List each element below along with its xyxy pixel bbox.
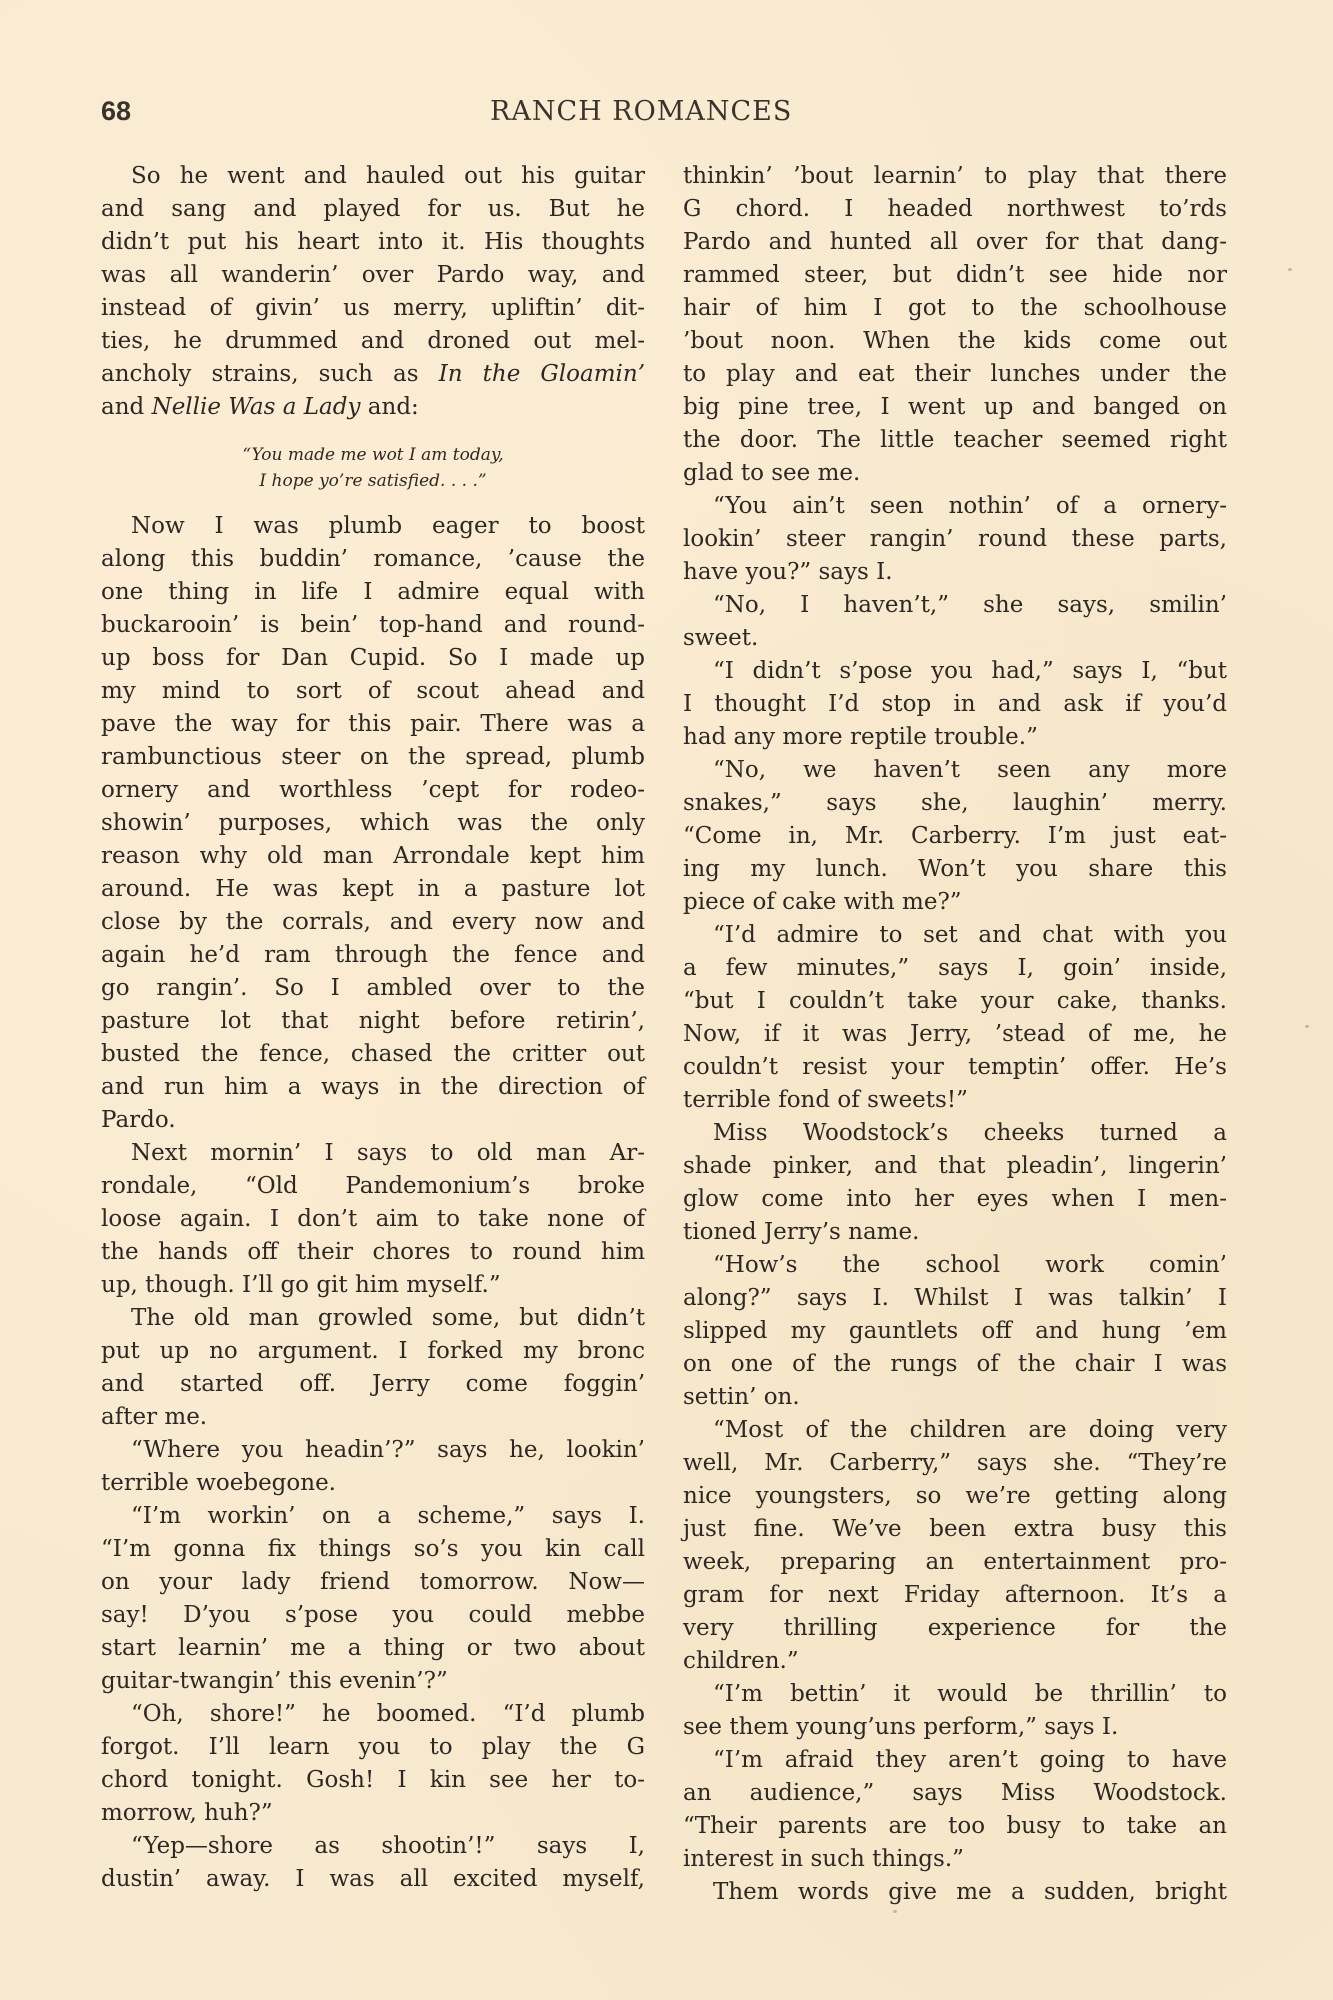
text-line: and sang and played for us. But he: [101, 193, 645, 226]
text-line: hair of him I got to the schoolhouse: [683, 292, 1227, 325]
text-line: ornery and worthless ’cept for rodeo-: [101, 774, 645, 807]
text-line: up boss for Dan Cupid. So I made up: [101, 642, 645, 675]
text-line: Them words give me a sudden, bright: [683, 1876, 1227, 1909]
text-line: just fine. We’ve been extra busy this: [683, 1513, 1227, 1546]
text-line: tioned Jerry’s name.: [683, 1216, 1227, 1249]
text-line: again he’d ram through the fence and: [101, 939, 645, 972]
song-title: In the Gloamin’: [439, 361, 645, 387]
text-line: morrow, huh?”: [101, 1797, 645, 1830]
text-line: “I’m gonna fix things so’s you kin call: [101, 1533, 645, 1566]
text-line: “Their parents are too busy to take an: [683, 1810, 1227, 1843]
text-line: slipped my gauntlets off and hung ’em: [683, 1315, 1227, 1348]
text-line: pave the way for this pair. There was a: [101, 708, 645, 741]
text-line: “but I couldn’t take your cake, thanks.: [683, 985, 1227, 1018]
text-line: “I’m workin’ on a scheme,” says I.: [101, 1500, 645, 1533]
text-line: thinkin’ ’bout learnin’ to play that the…: [683, 160, 1227, 193]
text-line: “Oh, shore!” he boomed. “I’d plumb: [101, 1698, 645, 1731]
text-line: Now I was plumb eager to boost: [101, 510, 645, 543]
text-line: “Yep—shore as shootin’!” says I,: [101, 1830, 645, 1863]
text-line: “How’s the school work comin’: [683, 1249, 1227, 1282]
text-line: “Come in, Mr. Carberry. I’m just eat-: [683, 820, 1227, 853]
text-line: terrible woebegone.: [101, 1467, 645, 1500]
text-line: “I’d admire to set and chat with you: [683, 919, 1227, 952]
text-line: settin’ on.: [683, 1381, 1227, 1414]
text-line: ’bout noon. When the kids come out: [683, 325, 1227, 358]
left-column: So he went and hauled out his guitarand …: [101, 160, 645, 1896]
text-line: put up no argument. I forked my bronc: [101, 1335, 645, 1368]
text-line: “You ain’t seen nothin’ of a ornery-: [683, 490, 1227, 523]
text-line: to play and eat their lunches under the: [683, 358, 1227, 391]
text-line: Miss Woodstock’s cheeks turned a: [683, 1117, 1227, 1150]
text-line: ing my lunch. Won’t you share this: [683, 853, 1227, 886]
text-line: So he went and hauled out his guitar: [101, 160, 645, 193]
text-line: “I’m afraid they aren’t going to have: [683, 1744, 1227, 1777]
text-line: on one of the rungs of the chair I was: [683, 1348, 1227, 1381]
text-line: the hands off their chores to round him: [101, 1236, 645, 1269]
text-line: ancholy strains, such as In the Gloamin’: [101, 358, 645, 391]
text-line: big pine tree, I went up and banged on: [683, 391, 1227, 424]
text-line: week, preparing an entertainment pro-: [683, 1546, 1227, 1579]
text-line: Pardo.: [101, 1104, 645, 1137]
text-line: “I’m bettin’ it would be thrillin’ to: [683, 1678, 1227, 1711]
text-line: piece of cake with me?”: [683, 886, 1227, 919]
text-line: “Most of the children are doing very: [683, 1414, 1227, 1447]
text-line: couldn’t resist your temptin’ offer. He’…: [683, 1051, 1227, 1084]
text-line: chord tonight. Gosh! I kin see her to-: [101, 1764, 645, 1797]
text-line: had any more reptile trouble.”: [683, 721, 1227, 754]
text-line: pasture lot that night before retirin’,: [101, 1005, 645, 1038]
page-number: 68: [101, 96, 131, 127]
text-line: one thing in life I admire equal with: [101, 576, 645, 609]
text-line: an audience,” says Miss Woodstock.: [683, 1777, 1227, 1810]
text-line: Now, if it was Jerry, ’stead of me, he: [683, 1018, 1227, 1051]
verse-quote: “You made me wot I am today,I hope yo’re…: [101, 442, 645, 494]
song-title: Nellie Was a Lady: [152, 394, 361, 420]
text-line: say! D’you s’pose you could mebbe: [101, 1599, 645, 1632]
text-line: see them young’uns perform,” says I.: [683, 1711, 1227, 1744]
text-line: start learnin’ me a thing or two about: [101, 1632, 645, 1665]
text-line: The old man growled some, but didn’t: [101, 1302, 645, 1335]
paper-speck: [1288, 268, 1292, 271]
text-line: a few minutes,” says I, goin’ inside,: [683, 952, 1227, 985]
text-line: didn’t put his heart into it. His though…: [101, 226, 645, 259]
text-line: rambunctious steer on the spread, plumb: [101, 741, 645, 774]
text-line: “I didn’t s’pose you had,” says I, “but: [683, 655, 1227, 688]
text-line: and started off. Jerry come foggin’: [101, 1368, 645, 1401]
text-line: and run him a ways in the direction of: [101, 1071, 645, 1104]
text-line: very thrilling experience for the: [683, 1612, 1227, 1645]
text-line: the door. The little teacher seemed righ…: [683, 424, 1227, 457]
text-line: and Nellie Was a Lady and:: [101, 391, 645, 424]
text-line: along?” says I. Whilst I was talkin’ I: [683, 1282, 1227, 1315]
text-line: go rangin’. So I ambled over to the: [101, 972, 645, 1005]
text-line: instead of givin’ us merry, upliftin’ di…: [101, 292, 645, 325]
text-line: after me.: [101, 1401, 645, 1434]
text-line: children.”: [683, 1645, 1227, 1678]
text-line: guitar-twangin’ this evenin’?”: [101, 1665, 645, 1698]
right-column: thinkin’ ’bout learnin’ to play that the…: [683, 160, 1227, 1909]
text-line: reason why old man Arrondale kept him: [101, 840, 645, 873]
text-line: up, though. I’ll go git him myself.”: [101, 1269, 645, 1302]
text-line: Next mornin’ I says to old man Ar-: [101, 1137, 645, 1170]
verse-line: I hope yo’re satisfied. . . .”: [101, 468, 645, 494]
text-line: interest in such things.”: [683, 1843, 1227, 1876]
text-line: gram for next Friday afternoon. It’s a: [683, 1579, 1227, 1612]
text-line: “Where you headin’?” says he, lookin’: [101, 1434, 645, 1467]
text-line: forgot. I’ll learn you to play the G: [101, 1731, 645, 1764]
text-line: rondale, “Old Pandemonium’s broke: [101, 1170, 645, 1203]
text-line: shade pinker, and that pleadin’, lingeri…: [683, 1150, 1227, 1183]
text-line: buckarooin’ is bein’ top-hand and round-: [101, 609, 645, 642]
paper-speck: [893, 1910, 897, 1913]
text-line: glow come into her eyes when I men-: [683, 1183, 1227, 1216]
text-line: snakes,” says she, laughin’ merry.: [683, 787, 1227, 820]
text-line: G chord. I headed northwest to’rds: [683, 193, 1227, 226]
text-line: rammed steer, but didn’t see hide nor: [683, 259, 1227, 292]
text-line: glad to see me.: [683, 457, 1227, 490]
text-line: “No, we haven’t seen any more: [683, 754, 1227, 787]
text-line: “No, I haven’t,” she says, smilin’: [683, 589, 1227, 622]
text-line: close by the corrals, and every now and: [101, 906, 645, 939]
text-line: my mind to sort of scout ahead and: [101, 675, 645, 708]
text-line: was all wanderin’ over Pardo way, and: [101, 259, 645, 292]
text-line: lookin’ steer rangin’ round these parts,: [683, 523, 1227, 556]
text-line: along this buddin’ romance, ’cause the: [101, 543, 645, 576]
text-line: around. He was kept in a pasture lot: [101, 873, 645, 906]
text-line: busted the fence, chased the critter out: [101, 1038, 645, 1071]
text-line: well, Mr. Carberry,” says she. “They’re: [683, 1447, 1227, 1480]
text-line: ties, he drummed and droned out mel-: [101, 325, 645, 358]
text-line: terrible fond of sweets!”: [683, 1084, 1227, 1117]
text-line: loose again. I don’t aim to take none of: [101, 1203, 645, 1236]
text-line: sweet.: [683, 622, 1227, 655]
paper-speck: [1305, 1025, 1309, 1028]
text-line: on your lady friend tomorrow. Now—: [101, 1566, 645, 1599]
text-line: showin’ purposes, which was the only: [101, 807, 645, 840]
running-head: RANCH ROMANCES: [490, 96, 792, 127]
text-line: dustin’ away. I was all excited myself,: [101, 1863, 645, 1896]
verse-line: “You made me wot I am today,: [101, 442, 645, 468]
text-line: have you?” says I.: [683, 556, 1227, 589]
text-line: nice youngsters, so we’re getting along: [683, 1480, 1227, 1513]
text-line: I thought I’d stop in and ask if you’d: [683, 688, 1227, 721]
text-line: Pardo and hunted all over for that dang-: [683, 226, 1227, 259]
